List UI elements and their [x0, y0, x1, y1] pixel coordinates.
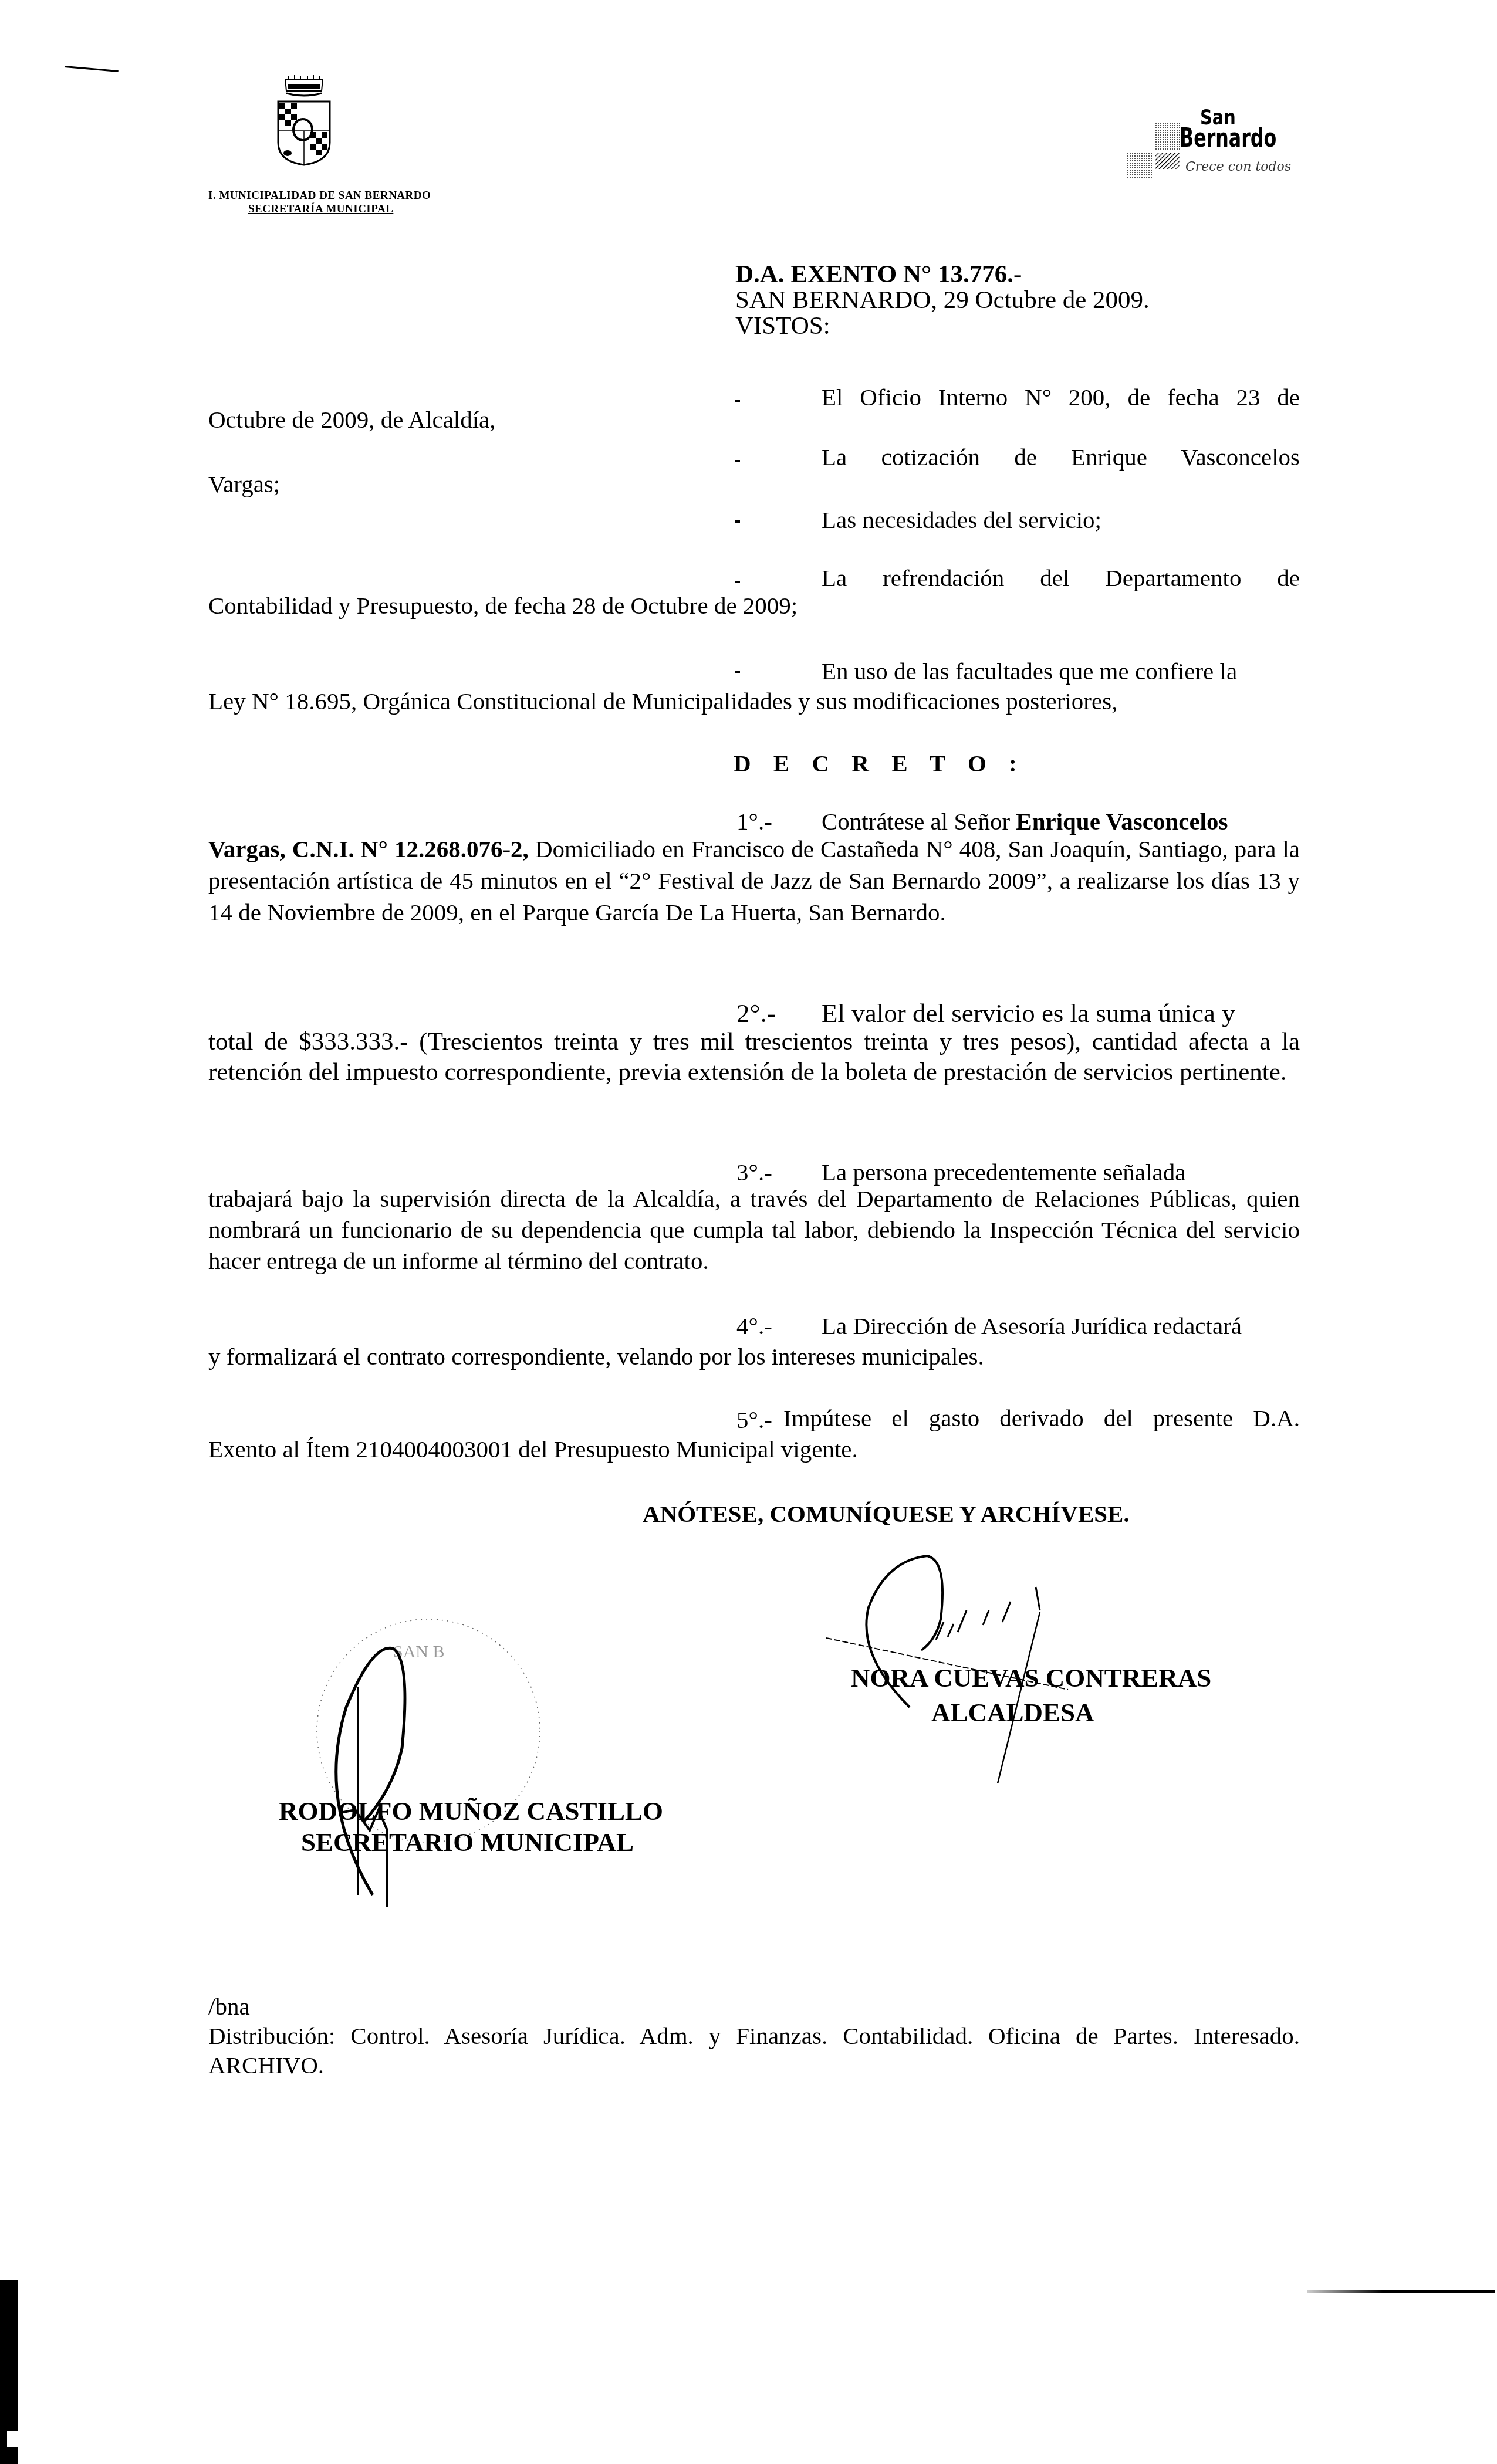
vistos-item-5-right: En uso de las facultades que me confiere… — [822, 659, 1237, 683]
article-2-body: total de $333.333.- (Trescientos treinta… — [208, 1027, 1300, 1088]
vistos-item-5-cont: Ley N° 18.695, Orgánica Constitucional d… — [208, 689, 1117, 713]
bullet-dash — [735, 581, 740, 583]
mayor-title: ALCALDESA — [931, 1700, 1094, 1726]
handwritten-signature-icon — [822, 1537, 1320, 1783]
handwritten-signature-icon — [305, 1637, 481, 1907]
article-2-number: 2°.- — [736, 1000, 776, 1027]
article-4-number: 4°.- — [736, 1314, 772, 1338]
mayor-name: NORA CUEVAS CONTRERAS — [851, 1665, 1211, 1691]
bullet-dash — [735, 671, 740, 673]
decreto-heading: D E C R E T O : — [734, 752, 1025, 776]
decree-number: D.A. EXENTO N° 13.776.- — [735, 262, 1022, 287]
vistos-heading: VISTOS: — [735, 313, 830, 339]
department-name: SECRETARÍA MUNICIPAL — [248, 204, 393, 215]
logo-tagline: Crece con todos — [1185, 160, 1291, 174]
san-bernardo-logo-icon — [1127, 122, 1181, 181]
vistos-item-2-left: Vargas; — [208, 472, 280, 496]
logo-text-bernardo: Bernardo — [1180, 123, 1276, 153]
bullet-dash — [735, 400, 740, 402]
typist-initials: /bna — [208, 1995, 250, 2019]
municipality-name: I. MUNICIPALIDAD DE SAN BERNARDO — [208, 190, 431, 201]
article-3-lead: La persona precedentemente señalada — [822, 1160, 1185, 1184]
bullet-dash — [735, 520, 740, 523]
vistos-item-4-right: La refrendación del Departamento de — [822, 562, 1300, 594]
article-4-body: y formalizará el contrato correspondient… — [208, 1345, 984, 1369]
article-2-lead: El valor del servicio es la suma única y — [822, 1000, 1235, 1027]
scan-artifact-mark — [65, 66, 119, 72]
decree-place-date: SAN BERNARDO, 29 Octubre de 2009. — [735, 287, 1150, 313]
article-1-contractor-id: Vargas, C.N.I. N° 12.268.076-2, — [208, 835, 529, 862]
article-5-lead: Impútese el gasto derivado del presente … — [783, 1402, 1300, 1434]
article-1-lead-text: Contrátese al Señor — [822, 808, 1016, 835]
scan-artifact-line — [1307, 2290, 1495, 2293]
article-3-body: trabajará bajo la supervisión directa de… — [208, 1183, 1300, 1277]
article-5-body: Exento al Ítem 2104004003001 del Presupu… — [208, 1437, 858, 1461]
scan-edge-notch — [7, 2431, 19, 2447]
secretary-title: SECRETARIO MUNICIPAL — [301, 1829, 634, 1856]
article-1-contractor-name: Enrique Vasconcelos — [1016, 808, 1228, 835]
article-1-lead: Contrátese al Señor Enrique Vasconcelos — [822, 810, 1228, 834]
coat-of-arms-icon — [275, 73, 333, 167]
vistos-item-4-cont: Contabilidad y Presupuesto, de fecha 28 … — [208, 594, 798, 618]
bullet-dash — [735, 460, 740, 462]
article-1-number: 1°.- — [736, 810, 772, 834]
article-5-number: 5°.- — [736, 1408, 772, 1432]
secretary-name: RODOLFO MUÑOZ CASTILLO — [279, 1798, 663, 1825]
vistos-item-1-right: El Oficio Interno N° 200, de fecha 23 de — [822, 381, 1300, 413]
vistos-item-1-left: Octubre de 2009, de Alcaldía, — [208, 408, 496, 432]
article-3-number: 3°.- — [736, 1160, 772, 1184]
san-bernardo-logo: San Bernardo Crece con todos — [1127, 106, 1326, 188]
article-1-body: Vargas, C.N.I. N° 12.268.076-2, Domicili… — [208, 833, 1300, 928]
closing-formula: ANÓTESE, COMUNÍQUESE Y ARCHÍVESE. — [643, 1502, 1130, 1526]
distribution-list: Distribución: Control. Asesoría Jurídica… — [208, 2021, 1300, 2080]
article-4-lead: La Dirección de Asesoría Jurídica redact… — [822, 1314, 1242, 1338]
vistos-item-2-right: La cotización de Enrique Vasconcelos — [822, 441, 1300, 473]
vistos-item-3: Las necesidades del servicio; — [822, 508, 1101, 532]
